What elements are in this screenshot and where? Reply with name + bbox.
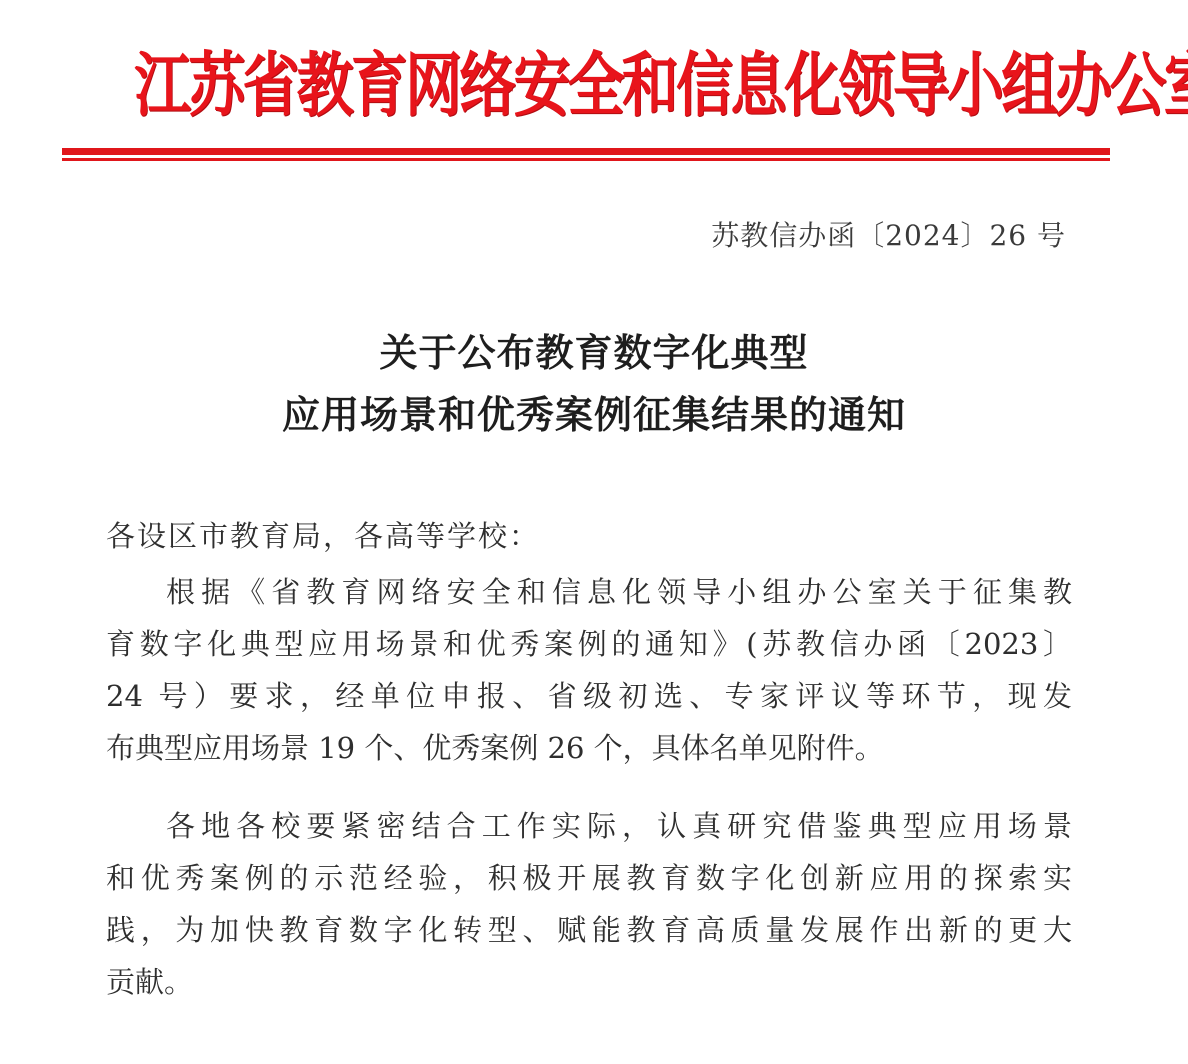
body-paragraph-2: 各地各校要紧密结合工作实际，认真研究借鉴典型应用场景 和优秀案例的示范经验，积极… [106,800,1072,1008]
paragraph-line: 根据《省教育网络安全和信息化领导小组办公室关于征集教 [106,566,1072,618]
paragraph-line: 贡献。 [106,956,1072,1008]
paragraph-line: 和优秀案例的示范经验，积极开展教育数字化创新应用的探索实 [106,852,1072,904]
paragraph-line: 24 号）要求，经单位申报、省级初选、专家评议等环节，现发 [106,670,1072,722]
salutation: 各设区市教育局，各高等学校： [106,516,540,556]
paragraph-line: 布典型应用场景 19 个、优秀案例 26 个，具体名单见附件。 [106,722,1072,774]
paragraph-line: 各地各校要紧密结合工作实际，认真研究借鉴典型应用场景 [106,800,1072,852]
body-paragraph-1: 根据《省教育网络安全和信息化领导小组办公室关于征集教 育数字化典型应用场景和优秀… [106,566,1072,774]
document-title-line-2: 应用场景和优秀案例征集结果的通知 [0,390,1188,440]
paragraph-line: 育数字化典型应用场景和优秀案例的通知》(苏教信办函〔2023〕 [106,618,1072,670]
red-divider-thin [62,158,1110,161]
issuer-masthead: 江苏省教育网络安全和信息化领导小组办公室 [134,34,1046,139]
document-title-line-1: 关于公布教育数字化典型 [0,328,1188,378]
red-divider-thick [62,148,1110,155]
document-number: 苏教信办函〔2024〕26 号 [711,216,1066,256]
paragraph-line: 践，为加快教育数字化转型、赋能教育高质量发展作出新的更大 [106,904,1072,956]
